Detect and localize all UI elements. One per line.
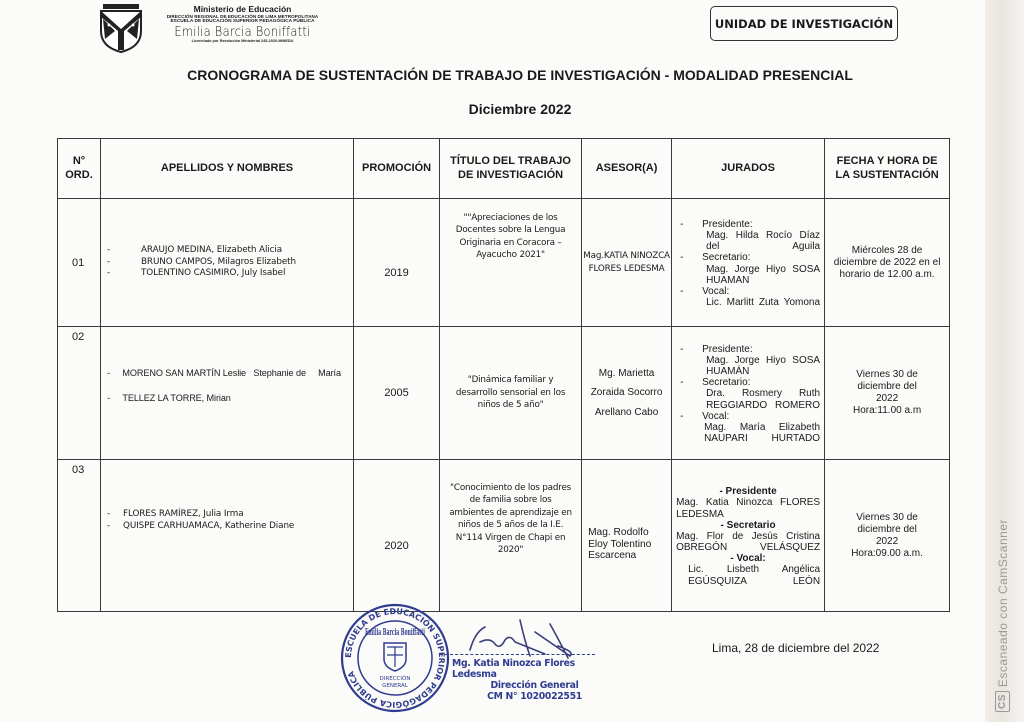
schedule-table: N° ORD. APELLIDOS Y NOMBRES PROMOCIÓN TÍ… xyxy=(57,138,950,612)
row-promotion: 2020 xyxy=(354,460,440,612)
advisor-line: Arellano Cabo xyxy=(582,403,671,423)
row-promotion: 2019 xyxy=(354,199,440,327)
ministry-name: Ministerio de Educación xyxy=(150,5,335,14)
jury-vocal: Lic. Marlitt Zuta Yomona xyxy=(676,297,820,308)
jury-role-president: - Presidente xyxy=(676,486,820,497)
jury-role-label: Secretario: xyxy=(702,377,750,388)
jury-president: Mag. Jorge Hiyo SOSA HUAMÁN xyxy=(676,355,820,377)
row-jury: - Presidente Mag. Katia Ninozca FLORES L… xyxy=(672,460,825,612)
student-item: -BRUNO CAMPOS, Milagros Elizabeth xyxy=(107,257,353,269)
col-header-jury: JURADOS xyxy=(672,139,825,199)
student-item: -FLORES RAMÍREZ, Julia Irma xyxy=(107,509,353,521)
document-period: Diciembre 2022 xyxy=(100,101,940,117)
jury-person-name: Lic. Marlitt Zuta Yomona xyxy=(698,297,820,308)
row-jury: -Presidente: Mag. Hilda Rocío Díaz del A… xyxy=(672,199,825,327)
advisor-line: Zoraida Socorro xyxy=(582,383,671,403)
col-header-advisor: ASESOR(A) xyxy=(582,139,672,199)
row-students: -ARAUJO MEDINA, Elizabeth Alicia -BRUNO … xyxy=(101,199,354,327)
advisor-line: Mag. Rodolfo xyxy=(588,527,671,539)
col-header-title-line2: DE INVESTIGACIÓN xyxy=(440,169,581,182)
col-header-names: APELLIDOS Y NOMBRES xyxy=(101,139,354,199)
jury-secretary: Mag. Jorge Hiyo SOSA HUAMAN xyxy=(676,264,820,286)
student-item: -TOLENTINO CASIMIRO, July Isabel xyxy=(107,268,353,280)
signer-id: CM N° 1020022551 xyxy=(452,691,617,702)
student-name: TOLENTINO CASIMIRO, July Isabel xyxy=(141,268,285,280)
datetime-line: Hora:11.00 a.m xyxy=(829,405,945,417)
seal-center-line2: GENERAL xyxy=(382,683,409,689)
col-header-datetime: FECHA Y HORA DE LA SUSTENTACIÓN xyxy=(825,139,950,199)
student-name: MORENO SAN MARTÍN Leslie Stephanie de Ma… xyxy=(122,368,341,381)
col-header-title: TÍTULO DEL TRABAJO DE INVESTIGACIÓN xyxy=(440,139,582,199)
institution-header: Ministerio de Educación DIRECCIÓN REGION… xyxy=(150,5,335,44)
table-row: 01 -ARAUJO MEDINA, Elizabeth Alicia -BRU… xyxy=(58,199,950,327)
row-advisor: Mag. Rodolfo Eloy Tolentino Escarcena xyxy=(582,460,672,612)
camscanner-watermark: CS Escaneado con CamScanner xyxy=(995,519,1010,712)
datetime-line: Viernes 30 de xyxy=(829,512,945,524)
col-header-order: N° ORD. xyxy=(58,139,101,199)
jury-secretary: Mag. Flor de Jesús Cristina OBREGÓN VELÁ… xyxy=(676,531,820,553)
datetime-line: 2022 xyxy=(829,536,945,548)
school-name: Emilia Barcia Boniffatti xyxy=(164,26,321,40)
table-row: 02 -MORENO SAN MARTÍN Leslie Stephanie d… xyxy=(58,327,950,460)
jury-person-name: Mag. Jorge Hiyo SOSA HUAMAN xyxy=(698,264,820,286)
col-header-datetime-line2: LA SUSTENTACIÓN xyxy=(825,169,949,182)
jury-person-name: Mag. Flor de Jesús Cristina OBREGÓN VELÁ… xyxy=(676,531,820,553)
jury-person-name: Mag. Katia Ninozca FLORES LEDESMA xyxy=(676,497,820,519)
student-item: -MORENO SAN MARTÍN Leslie Stephanie de M… xyxy=(107,368,341,381)
row-advisor: Mg. Marietta Zoraida Socorro Arellano Ca… xyxy=(582,327,672,460)
jury-role-label: Presidente: xyxy=(702,344,753,355)
col-header-datetime-line1: FECHA Y HORA DE xyxy=(825,155,949,168)
datetime-line: diciembre del xyxy=(829,381,945,393)
jury-president: Mag. Hilda Rocío Díaz del Aguila xyxy=(676,230,820,252)
advisor-line: Eloy Tolentino xyxy=(588,539,671,551)
signer-block: Mg. Katia Ninozca Flores Ledesma Direcci… xyxy=(452,658,617,703)
unit-label-box: UNIDAD DE INVESTIGACIÓN xyxy=(710,6,898,41)
jury-role-vocal: - Vocal: xyxy=(676,553,820,564)
datetime-line: 2022 xyxy=(829,393,945,405)
jury-vocal: Mag. María Elizabeth NAUPARI HURTADO xyxy=(676,422,820,444)
jury-role-label: Presidente: xyxy=(702,219,753,230)
student-name: TELLEZ LA TORRE, Mirian xyxy=(122,393,230,406)
jury-person-name: Mag. María Elizabeth NAUPARI HURTADO xyxy=(698,422,820,444)
advisor-line: Mg. Marietta xyxy=(582,364,671,384)
row-students: -MORENO SAN MARTÍN Leslie Stephanie de M… xyxy=(101,327,341,460)
row-datetime: Viernes 30 de diciembre del 2022 Hora:09… xyxy=(825,460,950,612)
row-order: 02 xyxy=(58,327,101,460)
datetime-line: Viernes 30 de xyxy=(829,369,945,381)
row-datetime: Miércoles 28 de diciembre de 2022 en el … xyxy=(825,199,950,327)
jury-person-name: Mag. Hilda Rocío Díaz del Aguila xyxy=(698,230,820,252)
jury-role-president: -Presidente: xyxy=(676,344,820,355)
col-header-order-line1: N° xyxy=(58,155,100,168)
datetime-line: Hora:09.00 a.m. xyxy=(829,548,945,560)
signer-name: Mg. Katia Ninozca Flores Ledesma xyxy=(452,658,617,680)
student-name: BRUNO CAMPOS, Milagros Elizabeth xyxy=(141,257,296,269)
row-order: 01 xyxy=(58,199,101,327)
student-item: -QUISPE CARHUAMACA, Katherine Diane xyxy=(107,521,353,533)
school-crest-icon xyxy=(97,3,145,53)
row-advisor: Mag.KATIA NINOZCA FLORES LEDESMA xyxy=(582,199,672,327)
col-header-title-line1: TÍTULO DEL TRABAJO xyxy=(440,155,581,168)
signer-role: Dirección General xyxy=(452,680,617,691)
row-students: -FLORES RAMÍREZ, Julia Irma -QUISPE CARH… xyxy=(101,460,354,612)
seal-center-line1: DIRECCIÓN xyxy=(380,675,411,682)
table-header-row: N° ORD. APELLIDOS Y NOMBRES PROMOCIÓN TÍ… xyxy=(58,139,950,199)
jury-role-label: Secretario: xyxy=(702,252,750,263)
signature-line xyxy=(440,654,595,655)
student-name: QUISPE CARHUAMACA, Katherine Diane xyxy=(123,521,294,533)
row-jury: -Presidente: Mag. Jorge Hiyo SOSA HUAMÁN… xyxy=(672,327,825,460)
seal-inner-name: Emilia Barcia Boniffatti xyxy=(365,628,425,638)
license-text: Licenciado por Resolución Ministerial 24… xyxy=(150,40,335,44)
document-title: CRONOGRAMA DE SUSTENTACIÓN DE TRABAJO DE… xyxy=(100,67,940,83)
camscanner-logo-icon: CS xyxy=(995,691,1010,712)
student-name: ARAUJO MEDINA, Elizabeth Alicia xyxy=(141,245,282,257)
jury-role-label: Vocal: xyxy=(702,411,729,422)
col-header-order-line2: ORD. xyxy=(58,169,100,182)
student-name: FLORES RAMÍREZ, Julia Irma xyxy=(123,509,244,521)
row-order: 03 xyxy=(58,460,101,612)
col-header-promotion: PROMOCIÓN xyxy=(354,139,440,199)
row-promotion: 2005 xyxy=(354,327,440,460)
advisor-line: Escarcena xyxy=(588,550,671,562)
row-work-title: "Conocimiento de los padres de familia s… xyxy=(440,460,582,612)
jury-role-vocal: -Vocal: xyxy=(676,286,820,297)
scanned-page: Ministerio de Educación DIRECCIÓN REGION… xyxy=(0,0,985,722)
jury-person-name: Lic. Lisbeth Angélica EGÚSQUIZA LEÓN xyxy=(676,564,820,586)
row-work-title: "Dinámica familiar y desarrollo sensoria… xyxy=(440,327,582,460)
place-date: Lima, 28 de diciembre del 2022 xyxy=(712,641,879,655)
student-item: -ARAUJO MEDINA, Elizabeth Alicia xyxy=(107,245,353,257)
watermark-text: Escaneado con CamScanner xyxy=(996,519,1010,687)
jury-vocal: Lic. Lisbeth Angélica EGÚSQUIZA LEÓN xyxy=(676,564,820,586)
jury-role-secretary: - Secretario xyxy=(676,520,820,531)
official-seal-icon: ESCUELA DE EDUCACIÓN SUPERIOR PEDAGÓGICA… xyxy=(340,603,450,713)
jury-role-secretary: -Secretario: xyxy=(676,252,820,263)
datetime-line: diciembre del xyxy=(829,524,945,536)
jury-role-vocal: -Vocal: xyxy=(676,411,820,422)
jury-person-name: Dra. Rosmery Ruth REGGIARDO ROMERO xyxy=(698,388,820,410)
jury-president: Mag. Katia Ninozca FLORES LEDESMA xyxy=(676,497,820,519)
table-row: 03 -FLORES RAMÍREZ, Julia Irma -QUISPE C… xyxy=(58,460,950,612)
student-item: -TELLEZ LA TORRE, Mirian xyxy=(107,393,341,406)
jury-person-name: Mag. Jorge Hiyo SOSA HUAMÁN xyxy=(698,355,820,377)
jury-role-president: -Presidente: xyxy=(676,219,820,230)
row-work-title: ""Apreciaciones de los Docentes sobre la… xyxy=(440,199,582,327)
jury-role-label: Vocal: xyxy=(702,286,729,297)
jury-role-secretary: -Secretario: xyxy=(676,377,820,388)
row-datetime: Viernes 30 de diciembre del 2022 Hora:11… xyxy=(825,327,950,460)
jury-secretary: Dra. Rosmery Ruth REGGIARDO ROMERO xyxy=(676,388,820,410)
